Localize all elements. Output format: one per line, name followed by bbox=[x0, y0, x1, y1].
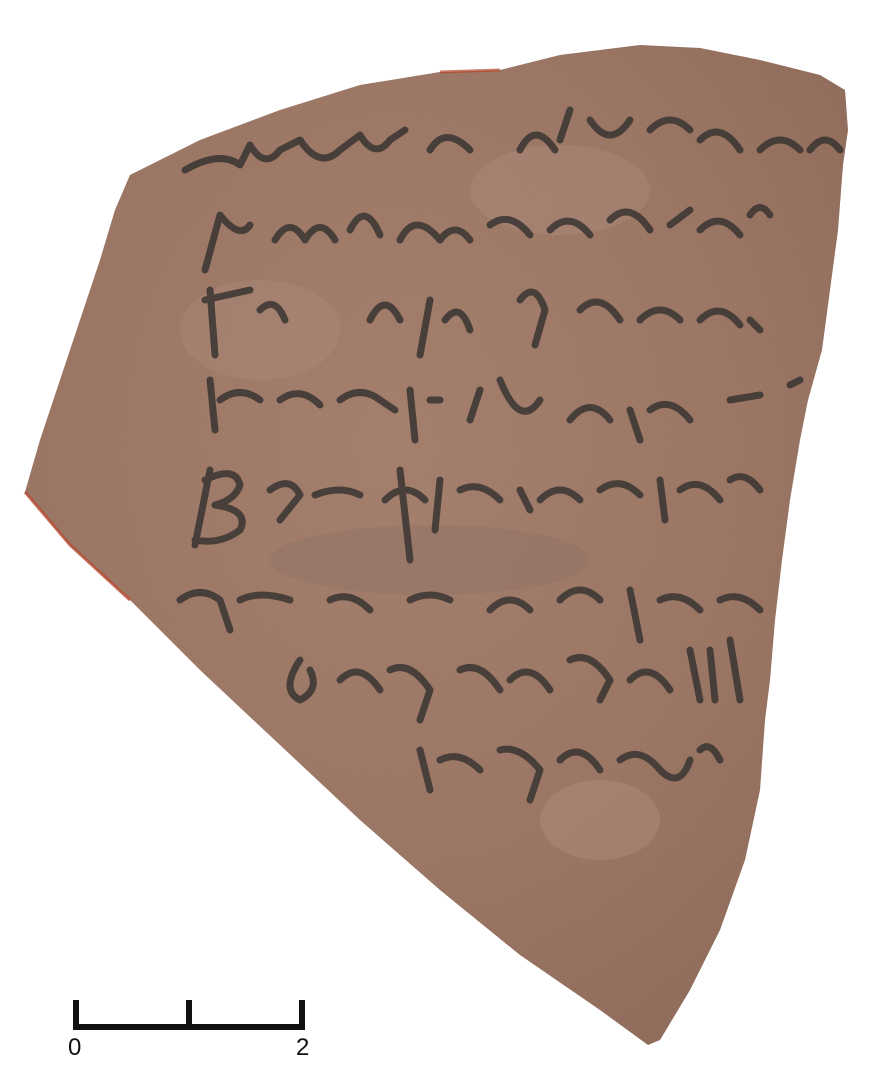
scale-label-start: 0 bbox=[68, 1034, 81, 1062]
scale-bar bbox=[70, 1000, 310, 1070]
scale-label-end: 2 bbox=[296, 1034, 309, 1062]
sherd bbox=[0, 0, 878, 1080]
ostracon-photo bbox=[0, 0, 878, 1080]
